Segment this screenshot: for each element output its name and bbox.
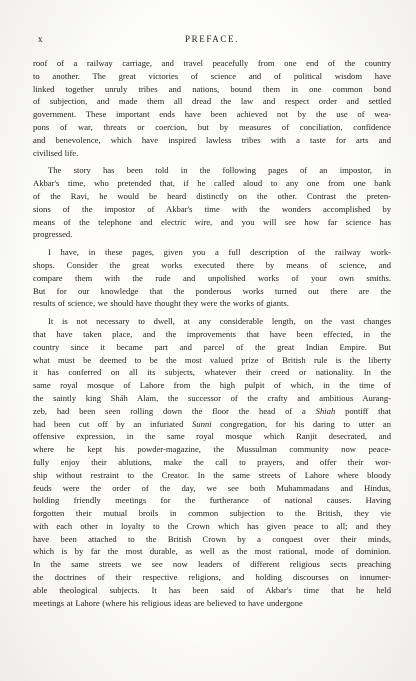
text-line: forgotten their mutual broils in common … <box>33 507 391 520</box>
text-line: of the Ravi, he would be heard distinctl… <box>33 190 391 203</box>
page-title: PREFACE. <box>33 34 391 44</box>
text-line: But for our knowledge that the ponderous… <box>33 285 391 298</box>
text-line: country since it became part and parcel … <box>33 341 391 354</box>
text-line: offensive expression, in the same royal … <box>33 430 391 443</box>
text-line: I have, in these pages, given you a full… <box>33 246 391 259</box>
text-line: results of science, we should have thoug… <box>33 297 391 310</box>
text-line: which is by far the most durable, as wel… <box>33 545 391 558</box>
text-line: compare them with the rude and unpolishe… <box>33 272 391 285</box>
body-text: roof of a railway carriage, and travel p… <box>33 57 391 609</box>
text-line: It is not necessary to dwell, at any con… <box>33 315 391 328</box>
paragraph: The story has been told in the following… <box>33 164 391 241</box>
text-line: pons of war, threats or coercion, but by… <box>33 121 391 134</box>
text-line: with each other in loyalty to the Crown … <box>33 520 391 533</box>
text-line: of subjection, and made them all dread t… <box>33 95 391 108</box>
paragraph: It is not necessary to dwell, at any con… <box>33 315 391 609</box>
text-line: able theological subjects. It has been s… <box>33 584 391 597</box>
book-page: x PREFACE. roof of a railway carriage, a… <box>0 0 416 681</box>
text-line: means of the telephone and electric wire… <box>33 216 391 229</box>
text-line: holding friendly meetings for the furthe… <box>33 494 391 507</box>
text-line: The story has been told in the following… <box>33 164 391 177</box>
text-line: meetings at Lahore (where his religious … <box>33 597 391 610</box>
text-line: what must be deemed to be the most value… <box>33 354 391 367</box>
text-line: had been cut off by an infuriated Sunni … <box>33 418 391 431</box>
text-line: same royal mosque of Lahore from the hig… <box>33 379 391 392</box>
text-line: feuds were the order of the day, we see … <box>33 482 391 495</box>
text-line: linked together unruly tribes and nation… <box>33 83 391 96</box>
text-line: Akbar's time, who pretended that, if he … <box>33 177 391 190</box>
text-line: have been attached to the British Crown … <box>33 533 391 546</box>
text-line: roof of a railway carriage, and travel p… <box>33 57 391 70</box>
text-line: progressed. <box>33 228 391 241</box>
text-line: fully enjoy their ablutions, make the ca… <box>33 456 391 469</box>
text-line: sions of the impostor of Akbar's time wi… <box>33 203 391 216</box>
page-header: x PREFACE. <box>33 34 391 46</box>
paragraph: I have, in these pages, given you a full… <box>33 246 391 310</box>
text-line: zeb, had been seen rolling down the floo… <box>33 405 391 418</box>
text-line: that have taken place, and the improveme… <box>33 328 391 341</box>
text-line: In the same streets we see now leaders o… <box>33 558 391 571</box>
text-line: shops. Consider the great works executed… <box>33 259 391 272</box>
text-line: and benevolence, which have inspired law… <box>33 134 391 147</box>
text-line: civilised life. <box>33 147 391 160</box>
text-line: government. These important ends have be… <box>33 108 391 121</box>
text-line: the doctrines of their respective religi… <box>33 571 391 584</box>
text-line: the saintly king Sháh Alam, the successo… <box>33 392 391 405</box>
text-line: ship without restraint to the Creator. I… <box>33 469 391 482</box>
paragraph: roof of a railway carriage, and travel p… <box>33 57 391 159</box>
text-line: where he kept his powder-magazine, the M… <box>33 443 391 456</box>
text-line: to another. The great victories of scien… <box>33 70 391 83</box>
text-line: it has conferred on all its subjects, wh… <box>33 366 391 379</box>
